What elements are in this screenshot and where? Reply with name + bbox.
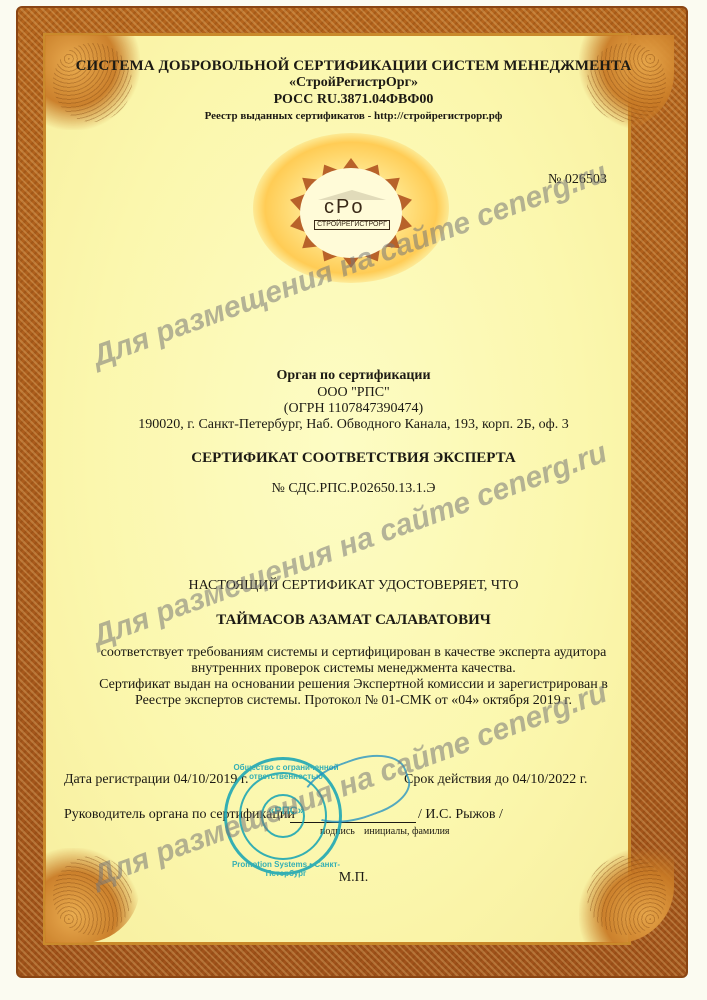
certification-body-address: 190020, г. Санкт-Петербург, Наб. Обводно… [0, 417, 707, 433]
certifies-statement: НАСТОЯЩИЙ СЕРТИФИКАТ УДОСТОВЕРЯЕТ, ЧТО [0, 578, 707, 594]
body-text-line-2: внутренних проверок системы менеджмента … [0, 661, 707, 677]
registry-link: Реестр выданных сертификатов - http://ст… [0, 110, 707, 122]
registration-date: Дата регистрации 04/10/2019 г. [64, 772, 249, 788]
stroyregistrorg-logo-icon: сPо СТРОЙРЕГИСТРОРГ [318, 190, 386, 230]
logo-letters: сPо [324, 196, 364, 219]
logo-plate: СТРОЙРЕГИСТРОРГ [314, 220, 390, 230]
initials-caption: инициалы, фамилия [364, 826, 450, 837]
certification-body-ogrn: (ОГРН 1107847390474) [0, 401, 707, 417]
stamp-ring-bottom-text: Promotion Systems • Санкт-Петербург [227, 860, 345, 878]
system-registration: РОСС RU.3871.04ФВФ00 [0, 92, 707, 108]
valid-until-date: Срок действия до 04/10/2022 г. [404, 772, 587, 788]
system-title: СИСТЕМА ДОБРОВОЛЬНОЙ СЕРТИФИКАЦИИ СИСТЕМ… [0, 58, 707, 75]
system-name: «СтройРегистрОрг» [0, 75, 707, 91]
certification-body-name: ООО "РПС" [0, 385, 707, 401]
certificate-number: № СДС.РПС.Р.02650.13.1.Э [0, 481, 707, 497]
head-of-body-name: / И.С. Рыжов / [418, 807, 503, 823]
